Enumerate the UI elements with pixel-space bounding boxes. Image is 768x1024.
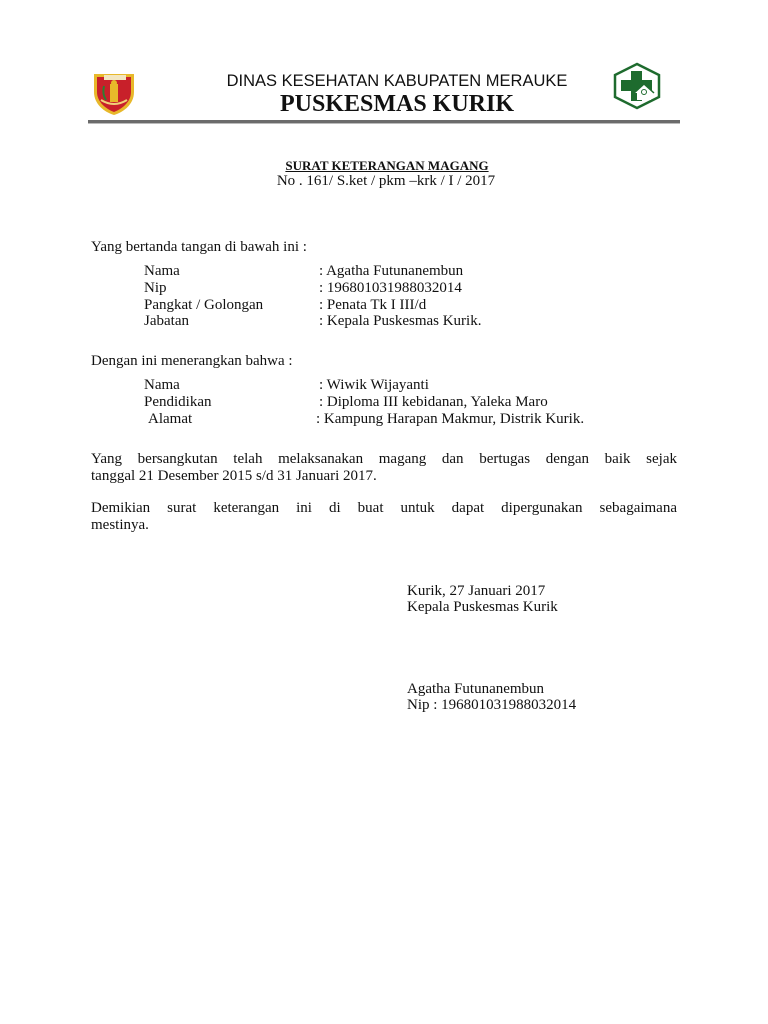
signer-position-label: Jabatan [144, 313, 189, 330]
subject-intro: Dengan ini menerangkan bahwa : [91, 353, 293, 370]
document-title: SURAT KETERANGAN MAGANG [0, 158, 768, 174]
subject-education-value: : Diploma III kebidanan, Yaleka Maro [319, 394, 548, 411]
closing-statement: Demikian surat keterangan ini di buat un… [91, 500, 677, 534]
letterhead-divider [88, 120, 680, 124]
subject-address-value: : Kampung Harapan Makmur, Distrik Kurik. [316, 411, 584, 428]
signer-name-value: : Agatha Futunanembun [319, 263, 463, 280]
signature-place-date: Kurik, 27 Januari 2017 [407, 583, 545, 600]
signer-position-value: : Kepala Puskesmas Kurik. [319, 313, 481, 330]
subject-name-label: Nama [144, 377, 180, 394]
internship-statement-line2: tanggal 21 Desember 2015 s/d 31 Januari … [91, 468, 677, 485]
subject-education-label: Pendidikan [144, 394, 212, 411]
internship-statement-line1: Yang bersangkutan telah melaksanakan mag… [91, 451, 677, 468]
internship-statement: Yang bersangkutan telah melaksanakan mag… [91, 451, 677, 485]
signature-position: Kepala Puskesmas Kurik [407, 599, 558, 616]
signer-intro: Yang bertanda tangan di bawah ini : [91, 239, 307, 256]
closing-statement-line1: Demikian surat keterangan ini di buat un… [91, 500, 677, 517]
subject-name-value: : Wiwik Wijayanti [319, 377, 429, 394]
signature-nip: Nip : 196801031988032014 [407, 697, 576, 714]
signature-name: Agatha Futunanembun [407, 681, 544, 698]
document-number: No . 161/ S.ket / pkm –krk / I / 2017 [0, 173, 768, 190]
subject-address-label: Alamat [148, 411, 192, 428]
signer-rank-value: : Penata Tk I III/d [319, 297, 426, 314]
closing-statement-line2: mestinya. [91, 517, 677, 534]
signer-rank-label: Pangkat / Golongan [144, 297, 263, 314]
signer-nip-label: Nip [144, 280, 167, 297]
signer-name-label: Nama [144, 263, 180, 280]
signer-nip-value: : 196801031988032014 [319, 280, 462, 297]
puskesmas-logo [612, 62, 662, 110]
